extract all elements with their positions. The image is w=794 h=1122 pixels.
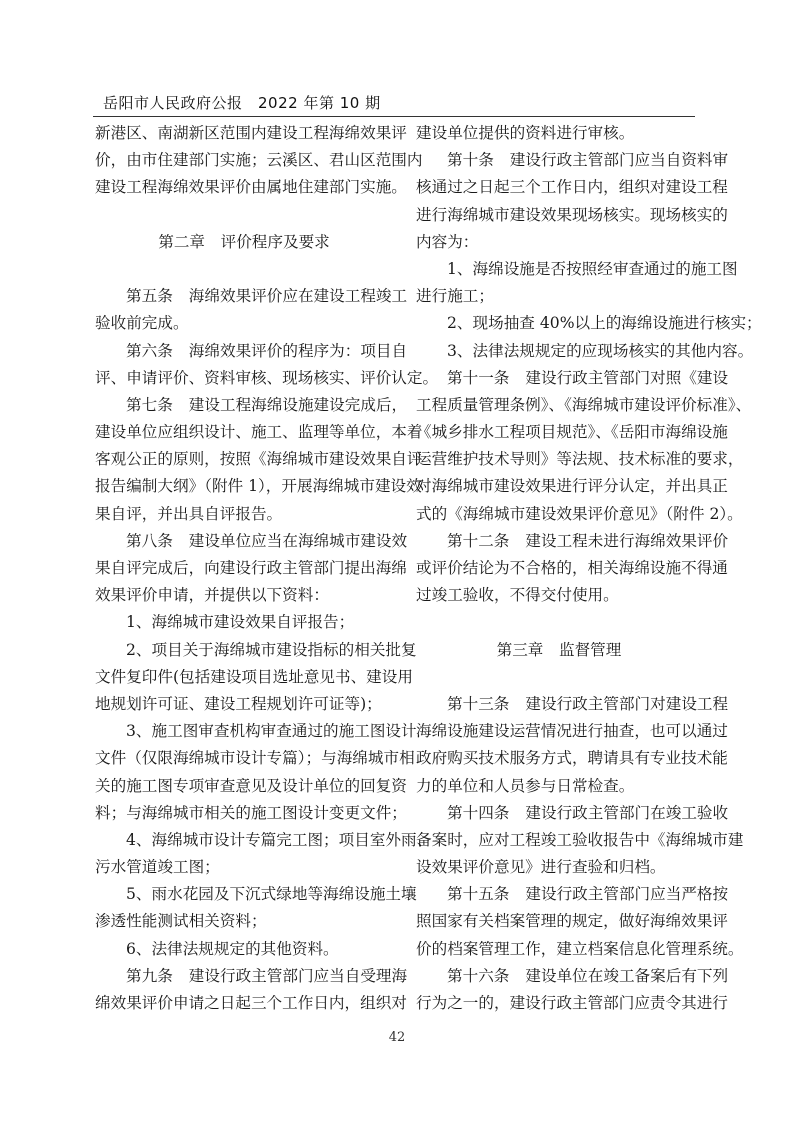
page-number: 42: [0, 1030, 794, 1045]
article-text: 建设工程海绵设施建设完成后，: [189, 396, 407, 414]
text-line: 新港区、南湖新区范围内建设工程海绵效果评: [95, 120, 393, 147]
article-label: 第十四条: [447, 800, 509, 827]
text-line: 备案时，应对工程竣工验收报告中《海绵城市建: [416, 827, 702, 854]
text-line: 文件复印件(包括建设项目选址意见书、建设用: [95, 664, 393, 691]
text-line: 设效果评价意见》进行查验和归档。: [416, 854, 702, 881]
article-text: 建设行政主管部门对照《建设: [525, 369, 728, 387]
text-line: 进行施工；: [416, 283, 702, 310]
article-text: 建设单位在竣工备案后有下列: [525, 967, 728, 985]
article-first-line: 第十六条建设单位在竣工备案后有下列: [416, 963, 702, 990]
document-header: 岳阳市人民政府公报 2022 年第 10 期: [93, 92, 695, 117]
article-text: 建设行政主管部门应当自受理海: [189, 967, 407, 985]
text-line: 渗透性能测试相关资料；: [95, 908, 393, 935]
article-first-line: 第十条建设行政主管部门应当自资料审: [416, 147, 702, 174]
list-item: 5、雨水花园及下沉式绿地等海绵设施土壤: [95, 881, 393, 908]
article-first-line: 第六条海绵效果评价的程序为：项目自: [95, 338, 393, 365]
publication-title: 岳阳市人民政府公报 2022 年第 10 期: [93, 94, 381, 112]
article-label: 第十条: [447, 147, 494, 174]
text-line: 绵效果评价申请之日起三个工作日内，组织对: [95, 990, 393, 1017]
article-text: 建设行政主管部门应当严格按: [525, 885, 728, 903]
list-item: 6、法律法规规定的其他资料。: [95, 936, 393, 963]
text-line: 《城乡排水工程项目规范》、《岳阳市海绵设施: [416, 419, 702, 446]
list-item: 1、海绵城市建设效果自评报告；: [95, 609, 393, 636]
text-line: 内容为：: [416, 229, 702, 256]
text-line: 验收前完成。: [95, 310, 393, 337]
article-text: 海绵效果评价应在建设工程竣工: [189, 287, 407, 305]
text-line: 或评价结论为不合格的，相关海绵设施不得通: [416, 555, 702, 582]
article-first-line: 第七条建设工程海绵设施建设完成后，: [95, 392, 393, 419]
text-line: 建设单位提供的资料进行审核。: [416, 120, 702, 147]
text-line: 建设工程海绵效果评价由属地住建部门实施。: [95, 174, 393, 201]
text-line: 果自评完成后，向建设行政主管部门提出海绵: [95, 555, 393, 582]
list-item: 3、法律法规规定的应现场核实的其他内容。: [416, 338, 702, 365]
article-text: 建设行政主管部门应当自资料审: [510, 151, 728, 169]
text-line: 价，由市住建部门实施；云溪区、君山区范围内: [95, 147, 393, 174]
left-column: 新港区、南湖新区范围内建设工程海绵效果评价，由市住建部门实施；云溪区、君山区范围…: [95, 120, 393, 1017]
text-line: 力的单位和人员参与日常检查。: [416, 773, 702, 800]
article-label: 第九条: [126, 963, 173, 990]
article-label: 第十三条: [447, 691, 509, 718]
text-line: 地规划许可证、建设工程规划许可证等)；: [95, 691, 393, 718]
text-line: 照国家有关档案管理的规定，做好海绵效果评: [416, 908, 702, 935]
article-label: 第七条: [126, 392, 173, 419]
article-text: 建设单位应当在海绵城市建设效: [189, 532, 407, 550]
article-first-line: 第十五条建设行政主管部门应当严格按: [416, 881, 702, 908]
text-line: 果自评，并出具自评报告。: [95, 501, 393, 528]
list-item: 4、海绵城市设计专篇完工图；项目室外雨、: [95, 827, 393, 854]
text-line: 评、申请评价、资料审核、现场核实、评价认定。: [95, 365, 393, 392]
list-item: 3、施工图审查机构审查通过的施工图设计: [95, 718, 393, 745]
article-label: 第十一条: [447, 365, 509, 392]
blank-line: [95, 202, 393, 229]
text-line: 关的施工图专项审查意见及设计单位的回复资: [95, 773, 393, 800]
article-first-line: 第八条建设单位应当在海绵城市建设效: [95, 528, 393, 555]
article-label: 第六条: [126, 338, 173, 365]
article-text: 建设工程未进行海绵效果评价: [525, 532, 728, 550]
text-line: 对海绵城市建设效果进行评分认定，并出具正: [416, 473, 702, 500]
text-line: 文件（仅限海绵城市设计专篇）；与海绵城市相: [95, 745, 393, 772]
article-first-line: 第十四条建设行政主管部门在竣工验收: [416, 800, 702, 827]
text-line: 进行海绵城市建设效果现场核实。现场核实的: [416, 202, 702, 229]
chapter-heading: 第二章 评价程序及要求: [95, 229, 393, 256]
blank-line: [95, 256, 393, 283]
list-item: 1、海绵设施是否按照经审查通过的施工图: [416, 256, 702, 283]
text-line: 过竣工验收，不得交付使用。: [416, 582, 702, 609]
text-line: 建设单位应组织设计、施工、监理等单位，本着: [95, 419, 393, 446]
text-line: 效果评价申请，并提供以下资料：: [95, 582, 393, 609]
text-line: 海绵设施建设运营情况进行抽查，也可以通过: [416, 718, 702, 745]
text-line: 工程质量管理条例》、《海绵城市建设评价标准》、: [416, 392, 702, 419]
article-first-line: 第九条建设行政主管部门应当自受理海: [95, 963, 393, 990]
chapter-heading: 第三章 监督管理: [416, 637, 702, 664]
blank-line: [416, 609, 702, 636]
text-line: 客观公正的原则，按照《海绵城市建设效果自评: [95, 446, 393, 473]
article-label: 第八条: [126, 528, 173, 555]
text-line: 式的《海绵城市建设效果评价意见》（附件 2）。: [416, 501, 702, 528]
list-item: 2、项目关于海绵城市建设指标的相关批复: [95, 637, 393, 664]
text-line: 料；与海绵城市相关的施工图设计变更文件；: [95, 800, 393, 827]
article-label: 第五条: [126, 283, 173, 310]
text-line: 核通过之日起三个工作日内，组织对建设工程: [416, 174, 702, 201]
text-line: 行为之一的，建设行政主管部门应责令其进行: [416, 990, 702, 1017]
text-line: 政府购买技术服务方式，聘请具有专业技术能: [416, 745, 702, 772]
text-line: 运营维护技术导则》等法规、技术标准的要求，: [416, 446, 702, 473]
article-label: 第十五条: [447, 881, 509, 908]
text-line: 污水管道竣工图；: [95, 854, 393, 881]
text-line: 报告编制大纲》（附件 1），开展海绵城市建设效: [95, 473, 393, 500]
article-first-line: 第十三条建设行政主管部门对建设工程: [416, 691, 702, 718]
article-label: 第十六条: [447, 963, 509, 990]
article-text: 海绵效果评价的程序为：项目自: [189, 342, 407, 360]
blank-line: [416, 664, 702, 691]
article-text: 建设行政主管部门在竣工验收: [525, 804, 728, 822]
article-text: 建设行政主管部门对建设工程: [525, 695, 728, 713]
right-column: 建设单位提供的资料进行审核。第十条建设行政主管部门应当自资料审核通过之日起三个工…: [416, 120, 702, 1017]
text-line: 价的档案管理工作，建立档案信息化管理系统。: [416, 936, 702, 963]
article-label: 第十二条: [447, 528, 509, 555]
article-first-line: 第十二条建设工程未进行海绵效果评价: [416, 528, 702, 555]
article-first-line: 第五条海绵效果评价应在建设工程竣工: [95, 283, 393, 310]
article-first-line: 第十一条建设行政主管部门对照《建设: [416, 365, 702, 392]
list-item: 2、现场抽查 40%以上的海绵设施进行核实；: [416, 310, 702, 337]
